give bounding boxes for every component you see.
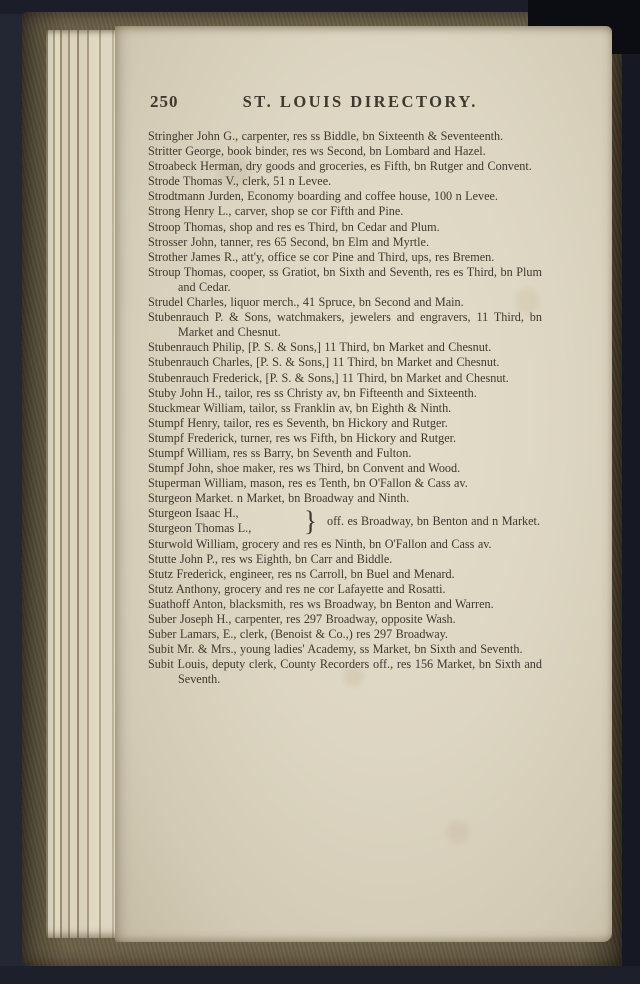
- directory-entry: Sturwold William, grocery and res es Nin…: [148, 537, 542, 552]
- directory-entry: Strother James R., att'y, office se cor …: [148, 250, 542, 265]
- directory-entry: Stumpf John, shoe maker, res ws Third, b…: [148, 461, 542, 476]
- directory-entries: Stringher John G., carpenter, res ss Bid…: [148, 129, 542, 687]
- directory-entry: Stubenrauch Frederick, [P. S. & Sons,] 1…: [148, 371, 542, 386]
- directory-entry: Stuckmear William, tailor, ss Franklin a…: [148, 401, 542, 416]
- entry-name: Sturgeon Isaac H.,: [148, 506, 304, 521]
- page-header: 250 ST. LOUIS DIRECTORY.: [148, 92, 542, 112]
- directory-entry: Stumpf Henry, tailor, res es Seventh, bn…: [148, 416, 542, 431]
- directory-entry: Strodtmann Jurden, Economy boarding and …: [148, 189, 542, 204]
- book-clamp-step: [610, 0, 640, 54]
- entry-text: off. es Broadway, bn Benton and n Market…: [327, 514, 542, 529]
- directory-entry: Strosser John, tanner, res 65 Second, bn…: [148, 235, 542, 250]
- directory-entry: Stuperman William, mason, res es Tenth, …: [148, 476, 542, 491]
- directory-entry: Stubenrauch Philip, [P. S. & Sons,] 11 T…: [148, 340, 542, 355]
- directory-entry: Subit Mr. & Mrs., young ladies' Academy,…: [148, 642, 542, 657]
- directory-entry-braced: Sturgeon Isaac H.,Sturgeon Thomas L.,}of…: [148, 506, 542, 536]
- directory-entry: Suber Lamars, E., clerk, (Benoist & Co.,…: [148, 627, 542, 642]
- directory-entry: Sturgeon Market. n Market, bn Broadway a…: [148, 491, 542, 506]
- directory-entry: Stumpf William, res ss Barry, bn Seventh…: [148, 446, 542, 461]
- photo-right-shadow: [622, 0, 640, 984]
- directory-entry: Stubenrauch Charles, [P. S. & Sons,] 11 …: [148, 355, 542, 370]
- page-title: ST. LOUIS DIRECTORY.: [179, 92, 543, 112]
- directory-entry: Stroop Thomas, shop and res es Third, bn…: [148, 220, 542, 235]
- book-page: 250 ST. LOUIS DIRECTORY. Stringher John …: [115, 26, 612, 942]
- directory-entry: Suathoff Anton, blacksmith, res ws Broad…: [148, 597, 542, 612]
- directory-entry: Stubenrauch P. & Sons, watchmakers, jewe…: [148, 310, 542, 340]
- page-content: 250 ST. LOUIS DIRECTORY. Stringher John …: [148, 92, 542, 687]
- directory-entry: Suber Joseph H., carpenter, res 297 Broa…: [148, 612, 542, 627]
- directory-entry: Strudel Charles, liquor merch., 41 Spruc…: [148, 295, 542, 310]
- book-page-edges: [46, 30, 118, 938]
- directory-entry: Stroabeck Herman, dry goods and grocerie…: [148, 159, 542, 174]
- directory-entry: Strong Henry L., carver, shop se cor Fif…: [148, 204, 542, 219]
- directory-entry: Stumpf Frederick, turner, res ws Fifth, …: [148, 431, 542, 446]
- directory-entry: Stroup Thomas, cooper, ss Gratiot, bn Si…: [148, 265, 542, 295]
- directory-entry: Subit Louis, deputy clerk, County Record…: [148, 657, 542, 687]
- page-number: 250: [148, 92, 179, 112]
- directory-entry: Stutz Anthony, grocery and res ne cor La…: [148, 582, 542, 597]
- directory-entry: Stutte John P., res ws Eighth, bn Carr a…: [148, 552, 542, 567]
- brace-glyph: }: [304, 507, 317, 535]
- braced-names: Sturgeon Isaac H.,Sturgeon Thomas L.,: [148, 506, 304, 536]
- entry-name: Sturgeon Thomas L.,: [148, 521, 304, 536]
- directory-entry: Stringher John G., carpenter, res ss Bid…: [148, 129, 542, 144]
- photo-bottom-shadow: [0, 966, 640, 984]
- directory-entry: Stritter George, book binder, res ws Sec…: [148, 144, 542, 159]
- directory-entry: Stutz Frederick, engineer, res ns Carrol…: [148, 567, 542, 582]
- directory-entry: Strode Thomas V., clerk, 51 n Levee.: [148, 174, 542, 189]
- directory-entry: Stuby John H., tailor, res ss Christy av…: [148, 386, 542, 401]
